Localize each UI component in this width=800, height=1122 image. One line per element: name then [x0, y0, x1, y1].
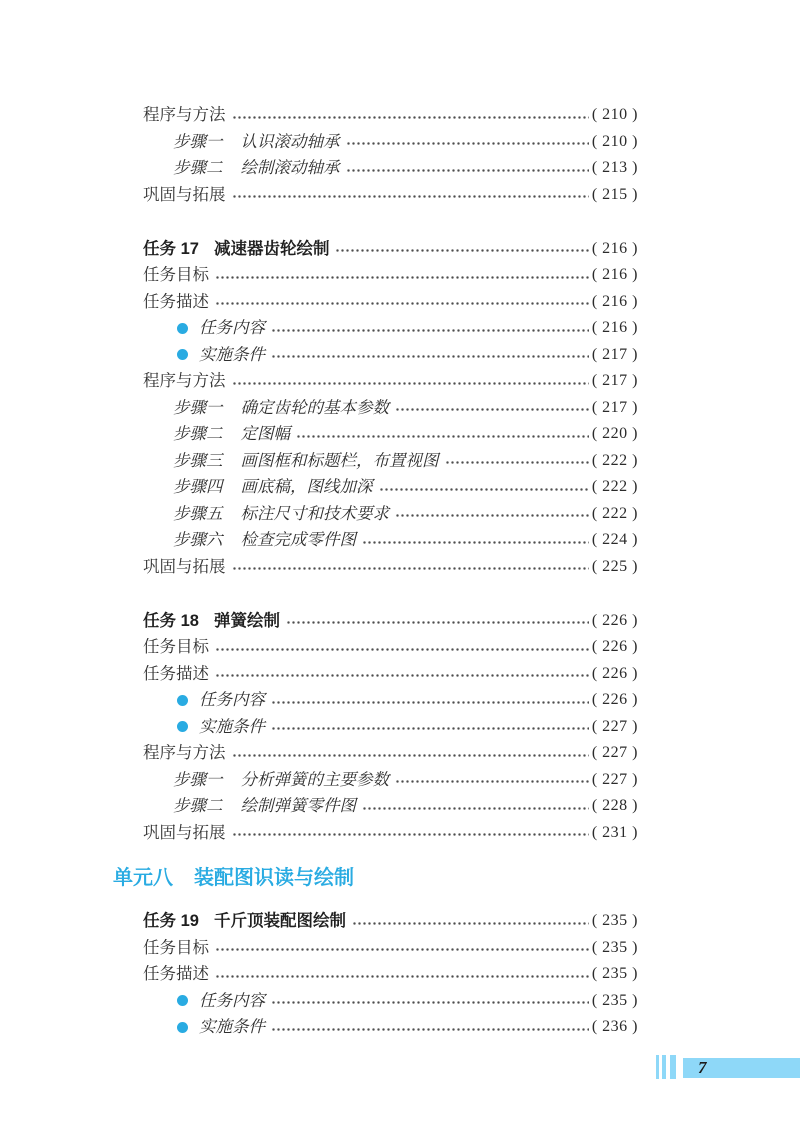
toc-entry-page: ( 236 )	[592, 1019, 638, 1035]
dot-leader	[232, 554, 589, 581]
toc-entry-page: ( 226 )	[592, 639, 638, 655]
toc-entry-page: ( 226 )	[592, 692, 638, 708]
toc-entry-label: 任务目标	[143, 639, 209, 656]
toc-entry-number: 步骤六	[173, 532, 223, 549]
toc-entry: 实施条件 ( 217 )	[143, 342, 638, 369]
dot-leader	[346, 129, 589, 156]
toc-entry: 巩固与拓展 ( 231 )	[143, 820, 638, 847]
toc-entry-page: ( 213 )	[592, 160, 638, 176]
toc-entry: 步骤二 绘制滚动轴承 ( 213 )	[143, 155, 638, 182]
toc-entry-page: ( 224 )	[592, 532, 638, 548]
dot-leader	[232, 368, 589, 395]
dot-leader	[215, 262, 589, 289]
dot-leader	[271, 342, 589, 369]
toc-entry: 实施条件 ( 236 )	[143, 1014, 638, 1041]
footer-bar-icon	[656, 1055, 659, 1079]
toc-entry: 任务 19 千斤顶装配图绘制 ( 235 )	[143, 908, 638, 935]
toc-entry-page: ( 217 )	[592, 347, 638, 363]
toc-entry-page: ( 227 )	[592, 719, 638, 735]
toc-entry-label: 任务描述	[143, 666, 209, 683]
dot-leader	[232, 102, 589, 129]
toc-entry-number: 步骤四	[173, 479, 223, 496]
toc-entry-page: ( 235 )	[592, 940, 638, 956]
dot-leader	[335, 236, 588, 263]
toc-entry-page: ( 210 )	[592, 134, 638, 150]
toc-entry: 任务内容 ( 235 )	[143, 988, 638, 1015]
dot-leader	[215, 289, 589, 316]
toc-entry-label: 实施条件	[199, 1019, 265, 1036]
blue-bullet-icon	[177, 995, 188, 1006]
blue-bullet-icon	[177, 695, 188, 706]
toc-entry-label: 程序与方法	[143, 745, 226, 762]
dot-leader	[395, 395, 589, 422]
toc-entry-number: 步骤二	[173, 160, 223, 177]
toc-entry-label: 认识滚动轴承	[241, 134, 340, 151]
toc-entry-label: 装配图识读与绘制	[194, 868, 354, 888]
toc-entry-number: 步骤二	[173, 426, 223, 443]
toc-entry: 步骤二 定图幅 ( 220 )	[143, 421, 638, 448]
dot-leader	[215, 935, 589, 962]
dot-leader	[346, 155, 589, 182]
blue-bullet-icon	[177, 349, 188, 360]
toc-entry: 任务 18 弹簧绘制 ( 226 )	[143, 608, 638, 635]
toc: 程序与方法 ( 210 ) 步骤一 认识滚动轴承 ( 210 ) 步骤二 绘制滚…	[143, 102, 638, 1041]
toc-entry-page: ( 216 )	[592, 294, 638, 310]
dot-leader	[445, 448, 589, 475]
dot-leader	[232, 182, 589, 209]
dot-leader	[395, 501, 589, 528]
toc-entry: 巩固与拓展 ( 215 )	[143, 182, 638, 209]
dot-leader	[232, 820, 589, 847]
dot-leader	[362, 527, 589, 554]
toc-entry: 巩固与拓展 ( 225 )	[143, 554, 638, 581]
footer-decoration-bars	[656, 1055, 676, 1079]
toc-entry-label: 任务描述	[143, 966, 209, 983]
toc-entry: 实施条件 ( 227 )	[143, 714, 638, 741]
toc-entry-page: ( 220 )	[592, 426, 638, 442]
toc-entry: 任务描述 ( 216 )	[143, 289, 638, 316]
toc-entry: 程序与方法 ( 227 )	[143, 740, 638, 767]
toc-entry-page: ( 226 )	[592, 666, 638, 682]
toc-entry: 单元八 装配图识读与绘制	[113, 863, 638, 893]
dot-leader	[271, 714, 589, 741]
footer-bar-icon	[670, 1055, 676, 1079]
toc-entry-label: 弹簧绘制	[214, 613, 280, 630]
toc-entry: 任务目标 ( 235 )	[143, 935, 638, 962]
toc-entry-label: 确定齿轮的基本参数	[241, 400, 390, 417]
toc-entry-page: ( 228 )	[592, 798, 638, 814]
toc-entry: 任务 17 减速器齿轮绘制 ( 216 )	[143, 236, 638, 263]
dot-leader	[296, 421, 589, 448]
toc-entry-page: ( 235 )	[592, 966, 638, 982]
toc-entry: 步骤六 检查完成零件图 ( 224 )	[143, 527, 638, 554]
toc-entry-page: ( 217 )	[592, 400, 638, 416]
dot-leader	[271, 315, 589, 342]
toc-entry-number: 步骤二	[173, 798, 223, 815]
toc-entry-label: 分析弹簧的主要参数	[241, 772, 390, 789]
footer-bar-icon	[662, 1055, 666, 1079]
toc-entry: 程序与方法 ( 217 )	[143, 368, 638, 395]
dot-leader	[215, 634, 589, 661]
dot-leader	[286, 608, 589, 635]
dot-leader	[271, 1014, 589, 1041]
toc-entry-label: 定图幅	[241, 426, 291, 443]
blue-bullet-icon	[177, 1022, 188, 1033]
toc-entry-page: ( 222 )	[592, 506, 638, 522]
toc-entry-number: 步骤三	[173, 453, 223, 470]
toc-entry-page: ( 227 )	[592, 772, 638, 788]
toc-entry: 步骤二 绘制弹簧零件图 ( 228 )	[143, 793, 638, 820]
blue-bullet-icon	[177, 721, 188, 732]
toc-entry-label: 绘制弹簧零件图	[241, 798, 357, 815]
toc-entry-number: 任务 17	[143, 241, 199, 258]
toc-entry-page: ( 235 )	[592, 913, 638, 929]
dot-leader	[271, 687, 589, 714]
toc-entry-page: ( 216 )	[592, 320, 638, 336]
toc-entry-label: 实施条件	[199, 347, 265, 364]
toc-entry-label: 画底稿，图线加深	[241, 479, 373, 496]
toc-entry-page: ( 226 )	[592, 613, 638, 629]
toc-entry-page: ( 215 )	[592, 187, 638, 203]
toc-entry: 步骤三 画图框和标题栏，布置视图 ( 222 )	[143, 448, 638, 475]
toc-entry-page: ( 222 )	[592, 479, 638, 495]
toc-entry: 程序与方法 ( 210 )	[143, 102, 638, 129]
toc-entry-label: 实施条件	[199, 719, 265, 736]
toc-entry: 步骤一 分析弹簧的主要参数 ( 227 )	[143, 767, 638, 794]
toc-entry-label: 巩固与拓展	[143, 187, 226, 204]
toc-entry-number: 步骤一	[173, 400, 223, 417]
toc-entry-label: 检查完成零件图	[241, 532, 357, 549]
toc-entry-page: ( 225 )	[592, 559, 638, 575]
toc-entry-label: 减速器齿轮绘制	[214, 241, 330, 258]
toc-entry-label: 程序与方法	[143, 373, 226, 390]
toc-entry-page: ( 210 )	[592, 107, 638, 123]
toc-entry-label: 任务内容	[199, 320, 265, 337]
toc-entry-label: 绘制滚动轴承	[241, 160, 340, 177]
toc-entry-label: 任务目标	[143, 267, 209, 284]
toc-entry-number: 单元八	[113, 868, 173, 888]
toc-entry-page: ( 231 )	[592, 825, 638, 841]
footer-page-band: 7	[683, 1058, 800, 1078]
toc-entry: 任务目标 ( 216 )	[143, 262, 638, 289]
toc-entry: 任务目标 ( 226 )	[143, 634, 638, 661]
toc-entry: 任务描述 ( 226 )	[143, 661, 638, 688]
blue-bullet-icon	[177, 323, 188, 334]
toc-entry-label: 任务描述	[143, 294, 209, 311]
dot-leader	[362, 793, 589, 820]
dot-leader	[352, 908, 589, 935]
toc-entry-label: 任务内容	[199, 692, 265, 709]
toc-entry-label: 任务内容	[199, 993, 265, 1010]
toc-entry-label: 标注尺寸和技术要求	[241, 506, 390, 523]
toc-entry-number: 步骤五	[173, 506, 223, 523]
toc-page: 程序与方法 ( 210 ) 步骤一 认识滚动轴承 ( 210 ) 步骤二 绘制滚…	[0, 0, 800, 1122]
page-number: 7	[698, 1058, 707, 1078]
toc-entry-number: 步骤一	[173, 134, 223, 151]
toc-entry-page: ( 216 )	[592, 267, 638, 283]
dot-leader	[215, 961, 589, 988]
toc-entry-label: 程序与方法	[143, 107, 226, 124]
dot-leader	[271, 988, 589, 1015]
toc-entry-number: 步骤一	[173, 772, 223, 789]
toc-entry-label: 千斤顶装配图绘制	[214, 913, 346, 930]
toc-entry: 任务内容 ( 226 )	[143, 687, 638, 714]
toc-entry: 任务描述 ( 235 )	[143, 961, 638, 988]
toc-entry-number: 任务 19	[143, 913, 199, 930]
toc-entry: 步骤一 认识滚动轴承 ( 210 )	[143, 129, 638, 156]
toc-entry-label: 任务目标	[143, 940, 209, 957]
toc-entry: 步骤一 确定齿轮的基本参数 ( 217 )	[143, 395, 638, 422]
toc-entry-number: 任务 18	[143, 613, 199, 630]
toc-entry-page: ( 235 )	[592, 993, 638, 1009]
toc-entry-page: ( 216 )	[592, 241, 638, 257]
toc-entry: 任务内容 ( 216 )	[143, 315, 638, 342]
toc-entry-label: 画图框和标题栏，布置视图	[241, 453, 439, 470]
toc-entry-label: 巩固与拓展	[143, 559, 226, 576]
dot-leader	[232, 740, 589, 767]
toc-entry-page: ( 227 )	[592, 745, 638, 761]
toc-entry-label: 巩固与拓展	[143, 825, 226, 842]
dot-leader	[215, 661, 589, 688]
toc-entry: 步骤五 标注尺寸和技术要求 ( 222 )	[143, 501, 638, 528]
toc-entry-page: ( 222 )	[592, 453, 638, 469]
dot-leader	[379, 474, 589, 501]
dot-leader	[395, 767, 589, 794]
toc-entry-page: ( 217 )	[592, 373, 638, 389]
toc-entry: 步骤四 画底稿，图线加深 ( 222 )	[143, 474, 638, 501]
